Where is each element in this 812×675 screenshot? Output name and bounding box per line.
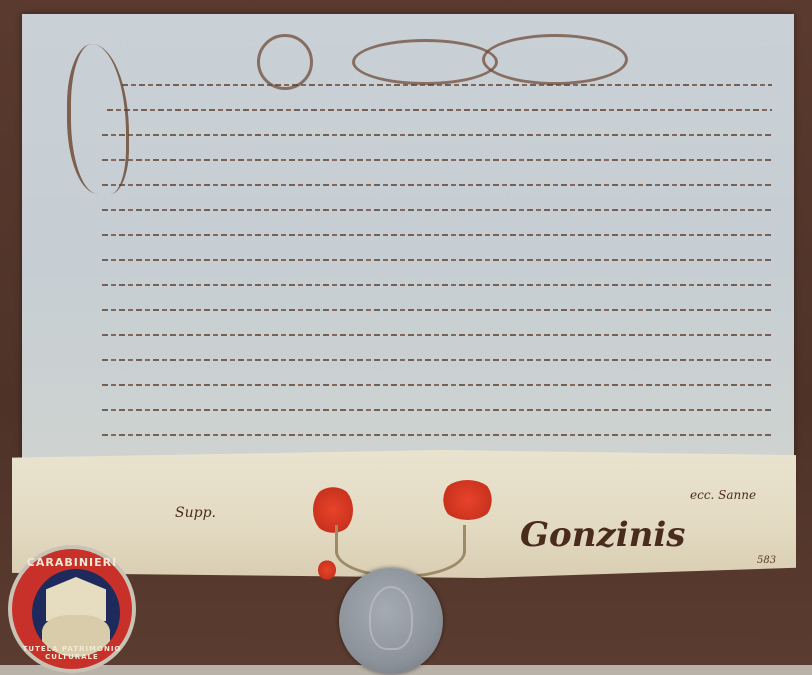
text-line <box>102 159 772 161</box>
carabinieri-badge: CARABINIERI TUTELA PATRIMONIO CULTURALE <box>8 545 136 673</box>
text-line <box>102 134 772 136</box>
badge-top-text: CARABINIERI <box>12 556 132 569</box>
text-line <box>107 109 772 111</box>
text-line <box>102 284 772 286</box>
text-line <box>102 309 772 311</box>
parchment-document <box>22 14 794 484</box>
text-line <box>102 259 772 261</box>
text-line <box>102 384 772 386</box>
portrait-relief <box>369 586 413 650</box>
catalog-number: 583 <box>757 555 776 566</box>
text-line <box>102 234 772 236</box>
note-right: ecc. Sanne <box>690 488 756 502</box>
calligraphic-flourish <box>482 34 628 85</box>
text-line <box>102 359 772 361</box>
signature: Gonzinis <box>520 515 685 555</box>
text-line <box>102 409 772 411</box>
lead-seal-coin <box>339 568 443 674</box>
badge-bottom-text: TUTELA PATRIMONIO CULTURALE <box>12 645 132 661</box>
badge-ring: CARABINIERI TUTELA PATRIMONIO CULTURALE <box>12 549 132 669</box>
illuminated-initial <box>67 44 129 194</box>
text-line <box>102 209 772 211</box>
note-left: Supp. <box>175 505 216 521</box>
text-line <box>102 184 772 186</box>
text-line <box>102 334 772 336</box>
text-line <box>122 84 772 86</box>
calligraphic-flourish <box>257 34 313 90</box>
badge-emblem <box>32 569 120 657</box>
text-line <box>102 434 772 436</box>
calligraphic-flourish <box>352 39 498 85</box>
red-wax-drop <box>318 560 336 580</box>
red-wax-right <box>440 480 495 520</box>
